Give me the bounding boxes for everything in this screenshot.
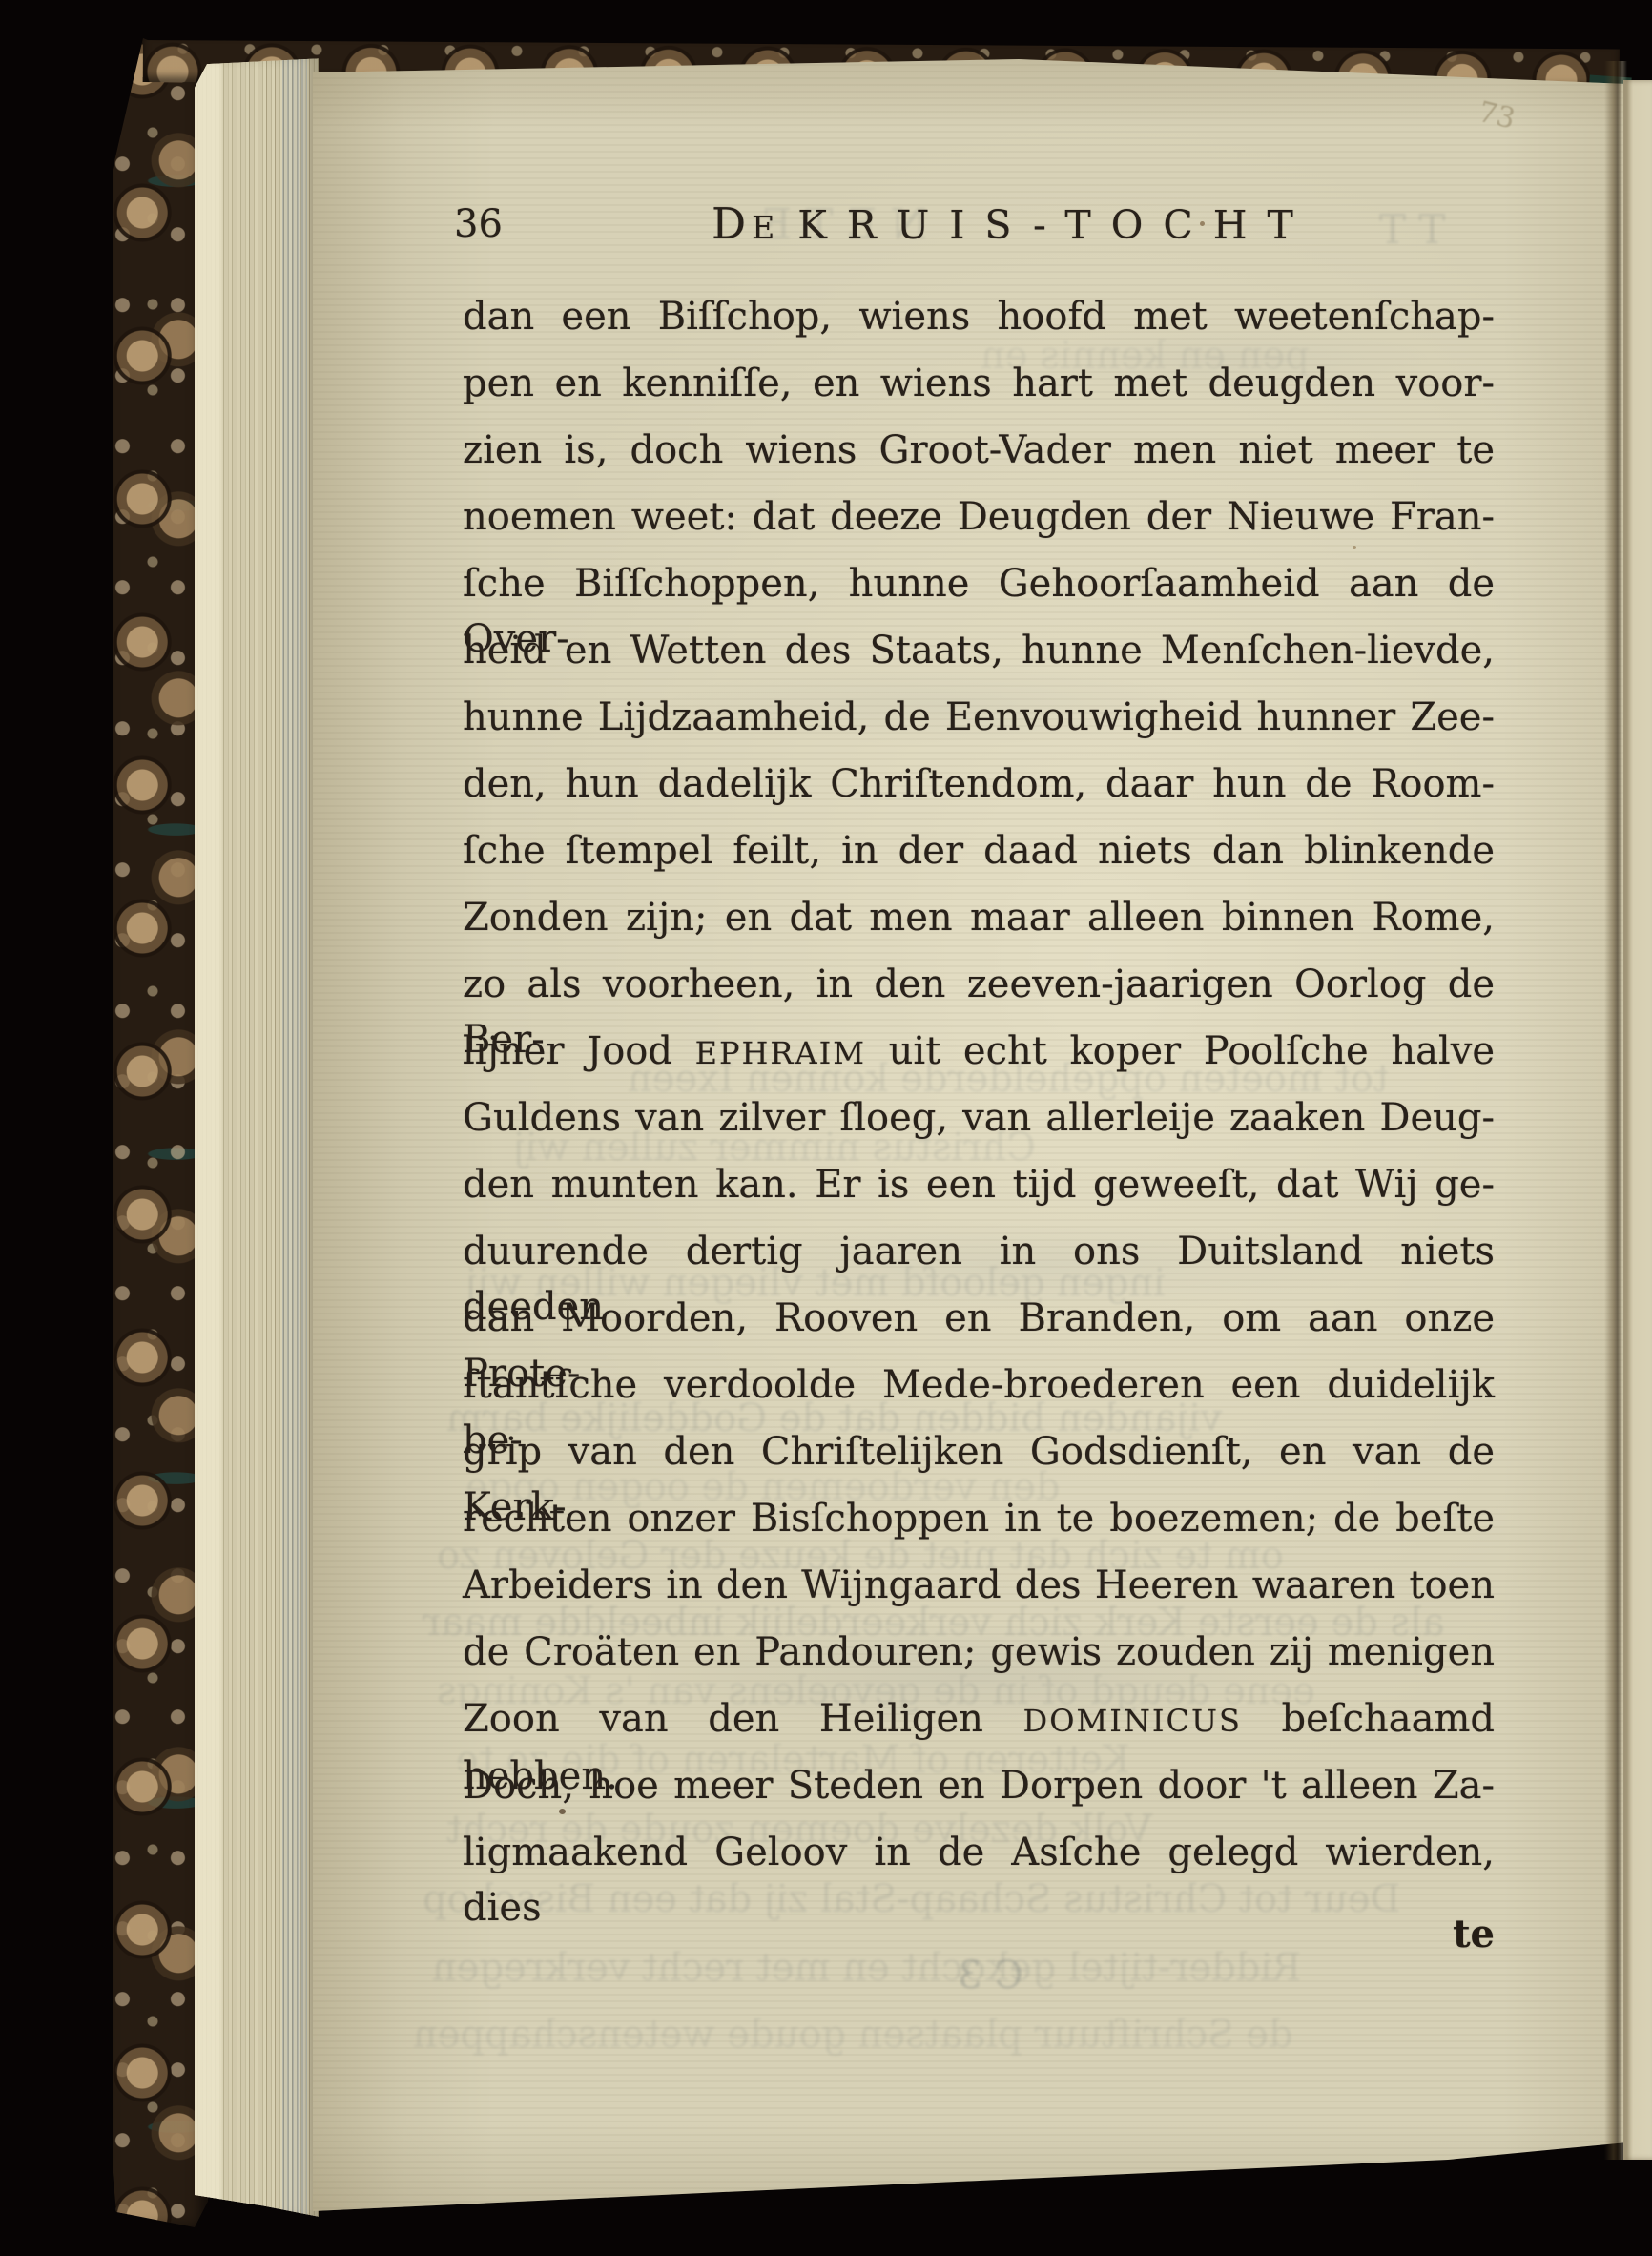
running-title: DEKRUIS-TOCHT (712, 198, 1313, 249)
text-line: hunne Lijdzaamheid, de Eenvouwigheid hun… (463, 690, 1495, 756)
text-line: ſche ſtempel feilt, in der daad niets da… (463, 823, 1495, 890)
text-line: Doch, hoe meer Steden en Dorpen door 't … (463, 1758, 1495, 1825)
text-line: dan Moorden, Rooven en Branden, om aan o… (463, 1291, 1495, 1357)
running-title-smallcap-e: E (752, 209, 774, 246)
page-stack-fore-edges (195, 55, 319, 2219)
page-gutter-crease (1604, 61, 1627, 2160)
text-line: Zonden zijn; en dat men maar alleen binn… (463, 890, 1495, 957)
showthrough-text: de Schriftuur plaatsen goude wetenschapp… (413, 2013, 1293, 2057)
text-line: heid en Wetten des Staats, hunne Menſche… (463, 623, 1495, 690)
book-scan: N E T ET Tpen en kennis entot moeten opg… (0, 0, 1652, 2256)
page-number: 36 (454, 202, 503, 246)
text-line: duurende dertig jaaren in ons Duitsland … (463, 1224, 1495, 1291)
book-page: N E T ET Tpen en kennis entot moeten opg… (313, 57, 1627, 2215)
text-line: Zoon van den Heiligen DOMINICUS beſchaam… (463, 1691, 1495, 1758)
text-line: den munten kan. Er is een tijd geweeſt, … (463, 1157, 1495, 1224)
text-line: zo als voorheen, in den zeeven-jaarigen … (463, 957, 1495, 1024)
text-line: pen en kenniſſe, en wiens hart met deugd… (463, 356, 1495, 423)
text-line: lijner Jood EPHRAIM uit echt koper Poolſ… (463, 1024, 1495, 1090)
text-line: grip van den Chriſtelijken Godsdienſt, e… (463, 1424, 1495, 1491)
text-line: zien is, doch wiens Groot-Vader men niet… (463, 423, 1495, 489)
text-line: de Croäten en Pandouren; gewis zouden zi… (463, 1625, 1495, 1691)
page-edge-blue-band (282, 55, 307, 2219)
running-title-text: KRUIS-TOCHT (797, 202, 1313, 248)
showthrough-text: C 3 (958, 1954, 1023, 1997)
text-line: ſche Biſſchoppen, hunne Gehoorſaamheid a… (463, 556, 1495, 623)
next-page-edge (1623, 80, 1652, 2160)
marbled-cover-edge (113, 38, 208, 2227)
text-line: rechten onzer Bisſchoppen in te boezemen… (463, 1491, 1495, 1558)
text-line: Arbeiders in den Wijngaard des Heeren wa… (463, 1558, 1495, 1625)
text-line: ſtantſche verdoolde Mede-broederen een d… (463, 1357, 1495, 1424)
text-line: den, hun dadelijk Chriſtendom, daar hun … (463, 756, 1495, 823)
body-text: dan een Biſſchop, wiens hoofd met weeten… (463, 289, 1495, 1892)
text-line: noemen weet: dat deeze Deugden der Nieuw… (463, 489, 1495, 556)
catchword: te (463, 1912, 1495, 1956)
running-title-initial: D (712, 198, 752, 249)
handwritten-mark: 73 (1475, 95, 1518, 136)
showthrough-text: T T (1379, 206, 1445, 253)
text-line: Guldens van zilver ſloeg, van allerleije… (463, 1090, 1495, 1157)
text-line: dan een Biſſchop, wiens hoofd met weeten… (463, 289, 1495, 356)
text-line: ligmaakend Geloov in de Asſche gelegd wi… (463, 1825, 1495, 1892)
